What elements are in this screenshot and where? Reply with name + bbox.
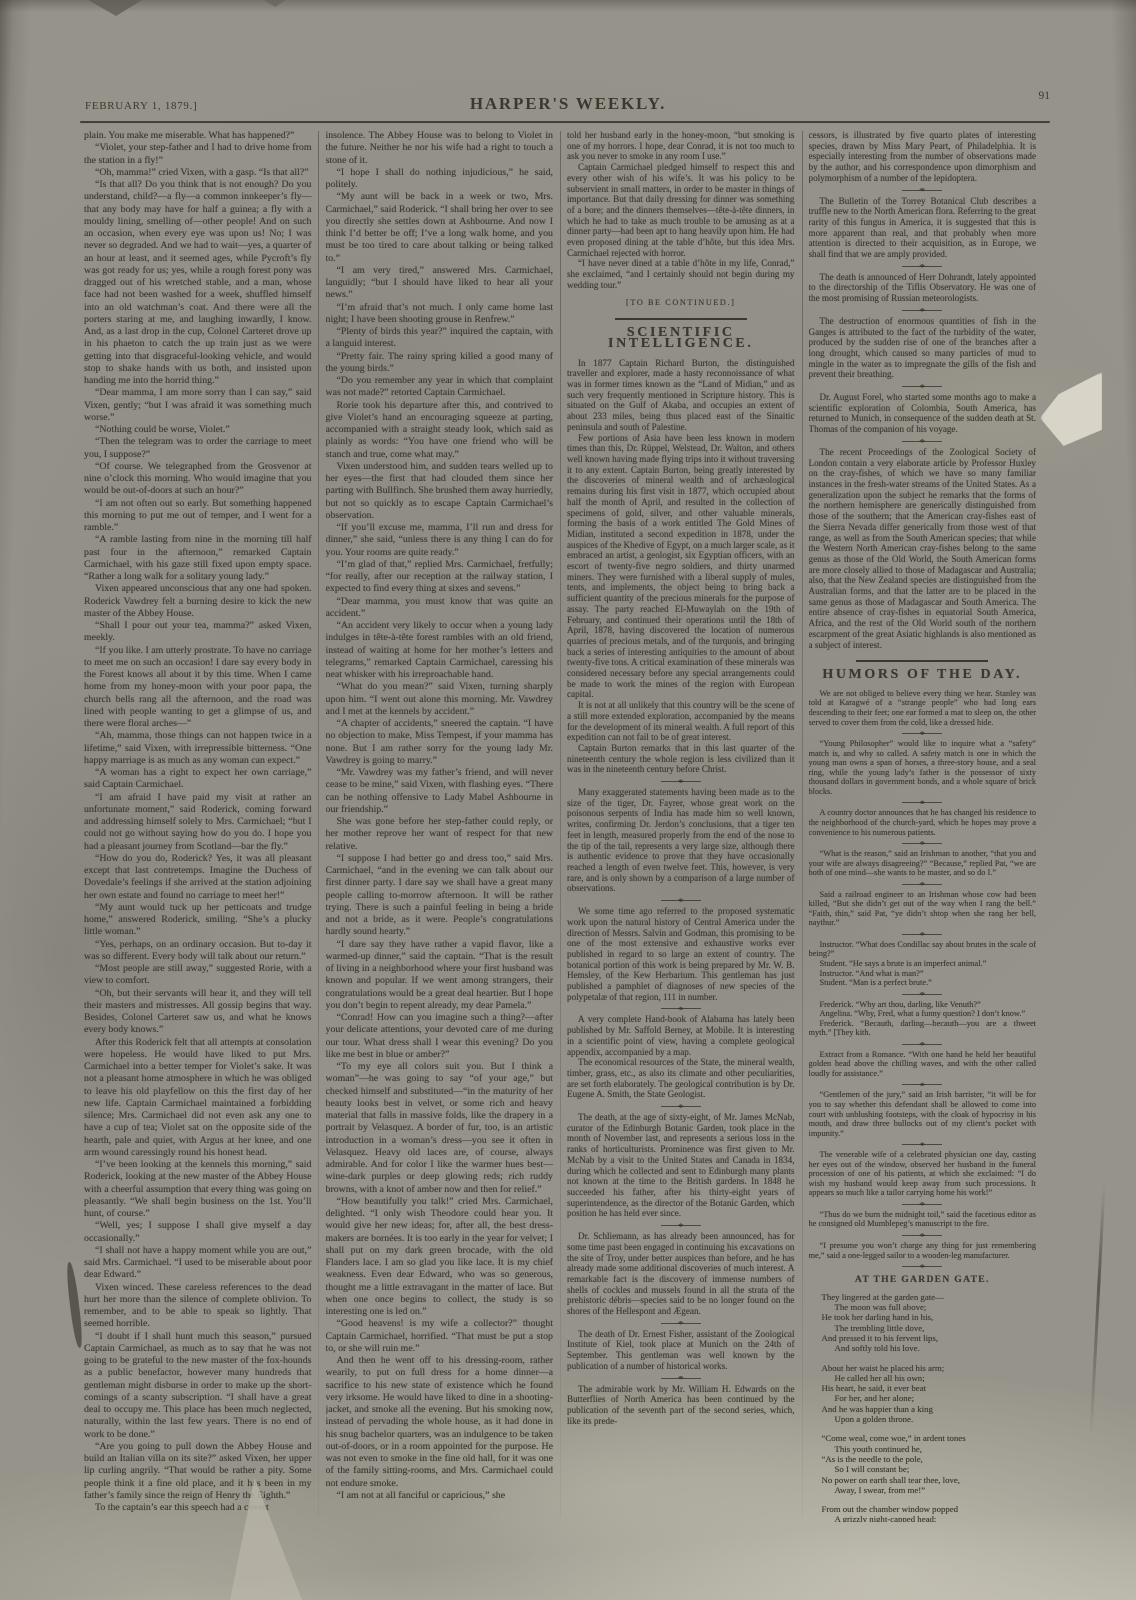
paragraph: “Oh, but their servants will hear it, an… — [84, 988, 312, 1037]
text-column-2: insolence. The Abbey House was to belong… — [326, 130, 554, 1522]
paragraph: Vixen appeared unconscious that any one … — [84, 583, 312, 620]
newspaper-page: FEBRUARY 1, 1879.] HARPER'S WEEKLY. 91 p… — [0, 0, 1136, 1600]
paragraph: “I hope I shall do nothing injudicious,”… — [326, 167, 554, 192]
paragraph: Vixen understood him, and sudden tears w… — [326, 461, 554, 522]
item-separator-ornament — [902, 1142, 942, 1146]
paragraph: Captain Burton remarks that in this last… — [567, 743, 795, 775]
paragraph: “What is the reason,” said an Irishman t… — [809, 849, 1037, 878]
item-separator-ornament — [661, 898, 701, 902]
paragraph: “What do you mean?” said Vixen, turning … — [326, 681, 554, 718]
ink-mark-left-margin — [65, 1262, 84, 1348]
heading-rule — [615, 318, 747, 320]
item-separator-ornament — [661, 1321, 701, 1325]
paragraph: It is not at all unlikely that this coun… — [567, 700, 795, 743]
paragraph: “If you like. I am utterly prostrate. To… — [84, 645, 312, 731]
page-number: 91 — [1039, 90, 1051, 102]
paragraph: And then he went off to his dressing-roo… — [326, 1355, 554, 1490]
paragraph: “I am not often out so early. But someth… — [84, 498, 312, 535]
item-separator-ornament — [902, 731, 942, 735]
poem-line: “As is the needle to the pole, — [822, 1454, 1037, 1464]
paragraph: “Yes, perhaps, on an ordinary occasion. … — [84, 939, 312, 964]
paragraph: “I’m glad of that,” replied Mrs. Carmich… — [326, 559, 554, 596]
paragraph: “I have never dined at a table d’hôte in… — [567, 258, 795, 290]
column-divider-rule — [802, 131, 803, 1517]
item-separator-ornament — [902, 1042, 942, 1046]
paragraph: “Good heavens! is my wife a collector?” … — [326, 1318, 554, 1355]
heading-rule — [856, 660, 988, 662]
paragraph: The economical resources of the State, t… — [567, 1057, 795, 1100]
poem-stanza: They lingered at the garden gate—The moo… — [822, 1292, 1037, 1354]
item-separator-ornament — [902, 932, 942, 936]
paragraph: “I am very tired,” answered Mrs. Carmich… — [326, 265, 554, 302]
paragraph: “Then the telegram was to order the carr… — [84, 436, 312, 461]
paragraph: Few portions of Asia have been less know… — [567, 433, 795, 701]
poem-line: From out the chamber window popped — [822, 1504, 1037, 1514]
poem-line: For her, and her alone; — [822, 1393, 1037, 1403]
paragraph: Student. “Man is a perfect brute.” — [809, 978, 1037, 988]
paragraph: We are not obliged to believe every thin… — [809, 689, 1037, 727]
paragraph: “My aunt will be back in a week or two, … — [326, 191, 554, 265]
paragraph: After this Roderick felt that all attemp… — [84, 1037, 312, 1160]
paragraph: “A woman has a right to expect her own c… — [84, 767, 312, 792]
poem-line: So I will constant be; — [822, 1464, 1037, 1474]
paragraph: “How beautifully you talk!” cried Mrs. C… — [326, 1196, 554, 1319]
paragraph: “Pretty fair. The rainy spring killed a … — [326, 351, 554, 376]
section-heading: HUMORS OF THE DAY. — [809, 670, 1037, 681]
paragraph: Extract from a Romance. “With one hand h… — [809, 1050, 1037, 1079]
poem-line: And he was happier than a king — [822, 1404, 1037, 1414]
paragraph: “Are you going to pull down the Abbey Ho… — [84, 1441, 312, 1502]
paragraph: “How do you do, Roderick? Yes, it was al… — [84, 853, 312, 902]
paragraph: “I presume you won’t charge any thing fo… — [809, 1241, 1037, 1260]
column-divider-rule — [560, 131, 561, 1517]
paragraph: Dr. August Forel, who started some month… — [809, 392, 1037, 435]
paragraph: “Young Philosopher” would like to inquir… — [809, 739, 1037, 796]
text-column-1: plain. You make me miserable. What has h… — [84, 130, 312, 1522]
paragraph: To the captain’s ear this speech had a c… — [84, 1502, 312, 1514]
poem-title: AT THE GARDEN GATE. — [809, 1275, 1037, 1286]
text-column-4: cessors, is illustrated by five quarto p… — [809, 130, 1037, 1522]
paragraph: “I dare say they have rather a vapid fla… — [326, 939, 554, 1013]
paragraph: “Ah, mamma, those things can not happen … — [84, 730, 312, 767]
poem-line: He took her darling hand in his, — [822, 1312, 1037, 1322]
paragraph: The death, at the age of sixty-eight, of… — [567, 1112, 795, 1219]
paragraph: “Dear mamma, you must know that was quit… — [326, 596, 554, 621]
poem-line: Upon a golden throne. — [822, 1414, 1037, 1424]
paragraph: We some time ago referred to the propose… — [567, 906, 795, 1002]
paragraph: Captain Carmichael pledged himself to re… — [567, 162, 795, 258]
header-rule — [80, 121, 1050, 123]
paper-crease-right — [1089, 1185, 1105, 1435]
paragraph: “Is that all? Do you think that is not e… — [84, 179, 312, 387]
paragraph: “Nothing could be worse, Violet.” — [84, 424, 312, 436]
item-separator-ornament — [902, 800, 942, 804]
item-separator-ornament — [902, 384, 942, 388]
item-separator-ornament — [902, 188, 942, 192]
paragraph: Said a railroad engineer to an Irishman … — [809, 890, 1037, 928]
paragraph: “I am not at all fanciful or capricious,… — [326, 1490, 554, 1502]
paper-tear-right-edge — [1040, 372, 1102, 446]
paragraph: “Well, yes; I suppose I shall give mysel… — [84, 1220, 312, 1245]
paragraph: plain. You make me miserable. What has h… — [84, 130, 312, 142]
item-separator-ornament — [902, 841, 942, 845]
item-separator-ornament — [902, 882, 942, 886]
paragraph: “If you’ll excuse me, mamma, I’ll run an… — [326, 522, 554, 559]
poem-stanza: From out the chamber window poppedA griz… — [822, 1504, 1037, 1522]
paragraph: “To my eye all colors suit you. But I th… — [326, 1061, 554, 1196]
poem-line: No power on earth shall tear thee, love, — [822, 1475, 1037, 1485]
paragraph: “Violet, your step-father and I had to d… — [84, 142, 312, 167]
paragraph: “Plenty of birds this year?” inquired th… — [326, 326, 554, 351]
paragraph: The Bulletin of the Torrey Botanical Clu… — [809, 196, 1037, 260]
poem-line: About her waist he placed his arm; — [822, 1363, 1037, 1373]
paragraph: She was gone before her step-father coul… — [326, 816, 554, 853]
paragraph: The admirable work by Mr. William H. Edw… — [567, 1384, 795, 1427]
paragraph: “I suppose I had better go and dress too… — [326, 853, 554, 939]
poem-line: This youth continued he, — [822, 1444, 1037, 1454]
paragraph: “An accident very likely to occur when a… — [326, 620, 554, 681]
paragraph: “Of course. We telegraphed from the Gros… — [84, 461, 312, 498]
paragraph: A country doctor announces that he has c… — [809, 808, 1037, 837]
item-separator-ornament — [661, 1223, 701, 1227]
item-separator-ornament — [902, 992, 942, 996]
paragraph: The death of Dr. Ernest Fisher, assistan… — [567, 1329, 795, 1372]
poem-line: And pressed it to his fervent lips, — [822, 1333, 1037, 1343]
paragraph: “I’m afraid that’s not much. I only came… — [326, 302, 554, 327]
masthead-title: HARPER'S WEEKLY. — [0, 94, 1136, 114]
poem-stanza: About her waist he placed his arm;He cal… — [822, 1363, 1037, 1425]
item-separator-ornament — [902, 1082, 942, 1086]
paragraph: The venerable wife of a celebrated physi… — [809, 1150, 1037, 1198]
item-separator-ornament — [661, 1006, 701, 1010]
paragraph: cessors, is illustrated by five quarto p… — [809, 130, 1037, 184]
paragraph: Dr. Schliemann, as has already been anno… — [567, 1231, 795, 1317]
paragraph: Instructor. “What does Condillac say abo… — [809, 940, 1037, 959]
poem-line: A grizzly night-capped head; — [822, 1514, 1037, 1522]
item-separator-ornament — [902, 1202, 942, 1206]
item-separator-ornament — [902, 1233, 942, 1237]
paragraph: insolence. The Abbey House was to belong… — [326, 130, 554, 167]
poem-stanza: “Come weal, come woe,” in ardent tonesTh… — [822, 1433, 1037, 1495]
paragraph: Rorie took his departure after this, and… — [326, 400, 554, 461]
paragraph: “Do you remember any year in which that … — [326, 375, 554, 400]
item-separator-ornament — [902, 308, 942, 312]
paragraph: “A chapter of accidents,” sneered the ca… — [326, 718, 554, 767]
poem-line: And softly told his love. — [822, 1343, 1037, 1353]
poem-line: “Come weal, come woe,” in ardent tones — [822, 1433, 1037, 1443]
paragraph: Angelina. “Why, Fred, what a funny quest… — [809, 1009, 1037, 1019]
to-be-continued-note: [TO BE CONTINUED.] — [567, 298, 795, 309]
paragraph: Student. “He says a brute is an imperfec… — [809, 959, 1037, 969]
paper-tear-top-left — [88, 0, 142, 16]
item-separator-ornament — [902, 264, 942, 268]
paragraph: The death is announced of Herr Dohrandt,… — [809, 272, 1037, 304]
item-separator-ornament — [661, 1104, 701, 1108]
item-separator-ornament — [902, 439, 942, 443]
paragraph: “I shall not have a happy moment while y… — [84, 1245, 312, 1282]
paragraph: “Shall I pour out your tea, mamma?” aske… — [84, 620, 312, 645]
paragraph: “Thus do we burn the midnight toil,” sai… — [809, 1210, 1037, 1229]
poem-line: He called her all his own; — [822, 1373, 1037, 1383]
column-divider-rule — [318, 131, 319, 1517]
poem-line: His heart, he said, it ever beat — [822, 1383, 1037, 1393]
paragraph: Frederick. “Becauth, darling—becauth—you… — [809, 1019, 1037, 1038]
poem-line: The trembling little dove, — [822, 1323, 1037, 1333]
paragraph: “Dear mamma, I am more sorry than I can … — [84, 387, 312, 424]
paragraph: Vixen winced. These careless references … — [84, 1282, 312, 1331]
item-separator-ornament — [661, 1376, 701, 1380]
paragraph: told her husband early in the honey-moon… — [567, 130, 795, 162]
paragraph: A very complete Hand-book of Alabama has… — [567, 1014, 795, 1057]
section-heading: SCIENTIFIC INTELLIGENCE. — [567, 328, 795, 349]
paragraph: Instructor. “And what is man?” — [809, 969, 1037, 979]
paragraph: “Gentlemen of the jury,” said an Irish b… — [809, 1090, 1037, 1138]
text-column-3: told her husband early in the honey-moon… — [567, 130, 795, 1522]
paragraph: The destruction of enormous quantities o… — [809, 316, 1037, 380]
paragraph: “Most people are still away,” suggested … — [84, 963, 312, 988]
paragraph: “I doubt if I shall hunt much this seaso… — [84, 1331, 312, 1441]
item-separator-ornament — [902, 1264, 942, 1268]
paragraph: Many exaggerated statements having been … — [567, 787, 795, 894]
paragraph: “My aunt would tuck up her petticoats an… — [84, 902, 312, 939]
paragraph: In 1877 Captain Richard Burton, the dist… — [567, 358, 795, 433]
paragraph: The recent Proceedings of the Zoological… — [809, 447, 1037, 650]
paragraph: “I am afraid I have paid my visit at rat… — [84, 792, 312, 853]
paper-nick-top — [264, 0, 286, 7]
paragraph: “I’ve been looking at the kennels this m… — [84, 1159, 312, 1220]
item-separator-ornament — [661, 779, 701, 783]
paragraph: “Oh, mamma!” cried Vixen, with a gasp. “… — [84, 167, 312, 179]
poem-line: They lingered at the garden gate— — [822, 1292, 1037, 1302]
paragraph: “A ramble lasting from nine in the morni… — [84, 534, 312, 583]
poem-line: Away, I swear, from me!” — [822, 1485, 1037, 1495]
paragraph: “Mr. Vawdrey was my father’s friend, and… — [326, 767, 554, 816]
paragraph: “Conrad! How can you imagine such a thin… — [326, 1012, 554, 1061]
paragraph: Frederick. “Why art thou, darling, like … — [809, 1000, 1037, 1010]
poem-line: The moon was full above; — [822, 1302, 1037, 1312]
